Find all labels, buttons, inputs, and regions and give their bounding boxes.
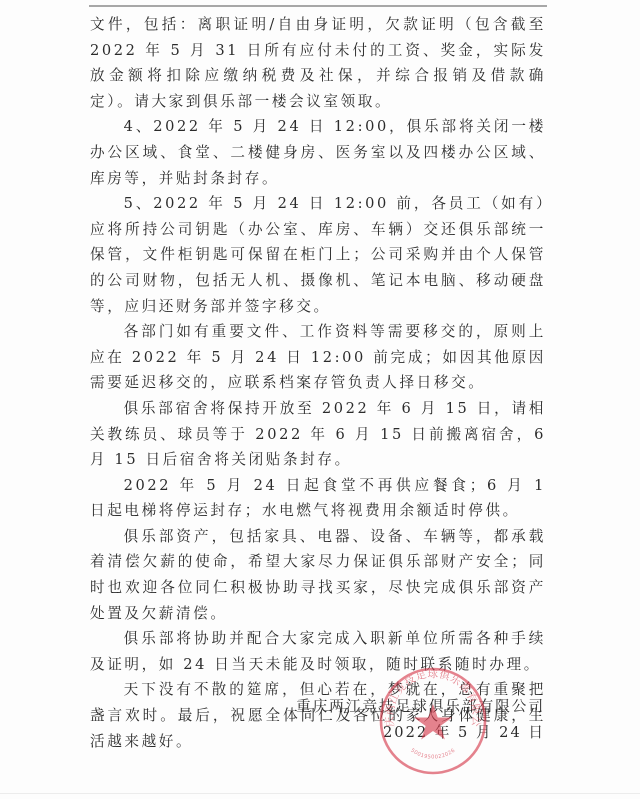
paragraph-departments: 各部门如有重要文件、工作资料等需要移交的，原则上应在 2022 年 5 月 24… xyxy=(90,319,546,396)
paragraph-canteen: 2022 年 5 月 24 日起食堂不再供应餐食；6 月 1 日起电梯将停运封存… xyxy=(90,473,546,524)
notice-body: 文件，包括：离职证明/自由身证明，欠款证明（包含截至 2022 年 5 月 31… xyxy=(90,12,546,754)
top-divider-line xyxy=(89,5,547,7)
paragraph-dormitory: 俱乐部宿舍将保持开放至 2022 年 6 月 15 日，请相关教练员、球员等于 … xyxy=(90,396,546,473)
paragraph-item-5: 5、2022 年 5 月 24 日 12:00 前，各员工（如有）应将所持公司钥… xyxy=(90,191,546,319)
signature-date: 2022 年 5 月 24 日 xyxy=(296,720,545,746)
paragraph-assets: 俱乐部资产，包括家具、电器、设备、车辆等，都承载着清偿欠薪的使命，希望大家尽力保… xyxy=(90,524,546,626)
paragraph-assist: 俱乐部将协助并配合大家完成入职新单位所需各种手续及证明，如 24 日当天未能及时… xyxy=(90,626,546,677)
paragraph-documents: 文件，包括：离职证明/自由身证明，欠款证明（包含截至 2022 年 5 月 31… xyxy=(90,12,546,114)
signature-block: 重庆两江竞技足球俱乐部有限公司 2022 年 5 月 24 日 xyxy=(296,694,545,746)
document-page: 文件，包括：离职证明/自由身证明，欠款证明（包含截至 2022 年 5 月 31… xyxy=(0,0,640,799)
bottom-page-edge xyxy=(0,793,640,794)
signature-organization: 重庆两江竞技足球俱乐部有限公司 xyxy=(296,694,545,720)
paragraph-item-4: 4、2022 年 5 月 24 日 12:00，俱乐部将关闭一楼办公区域、食堂、… xyxy=(90,114,546,191)
